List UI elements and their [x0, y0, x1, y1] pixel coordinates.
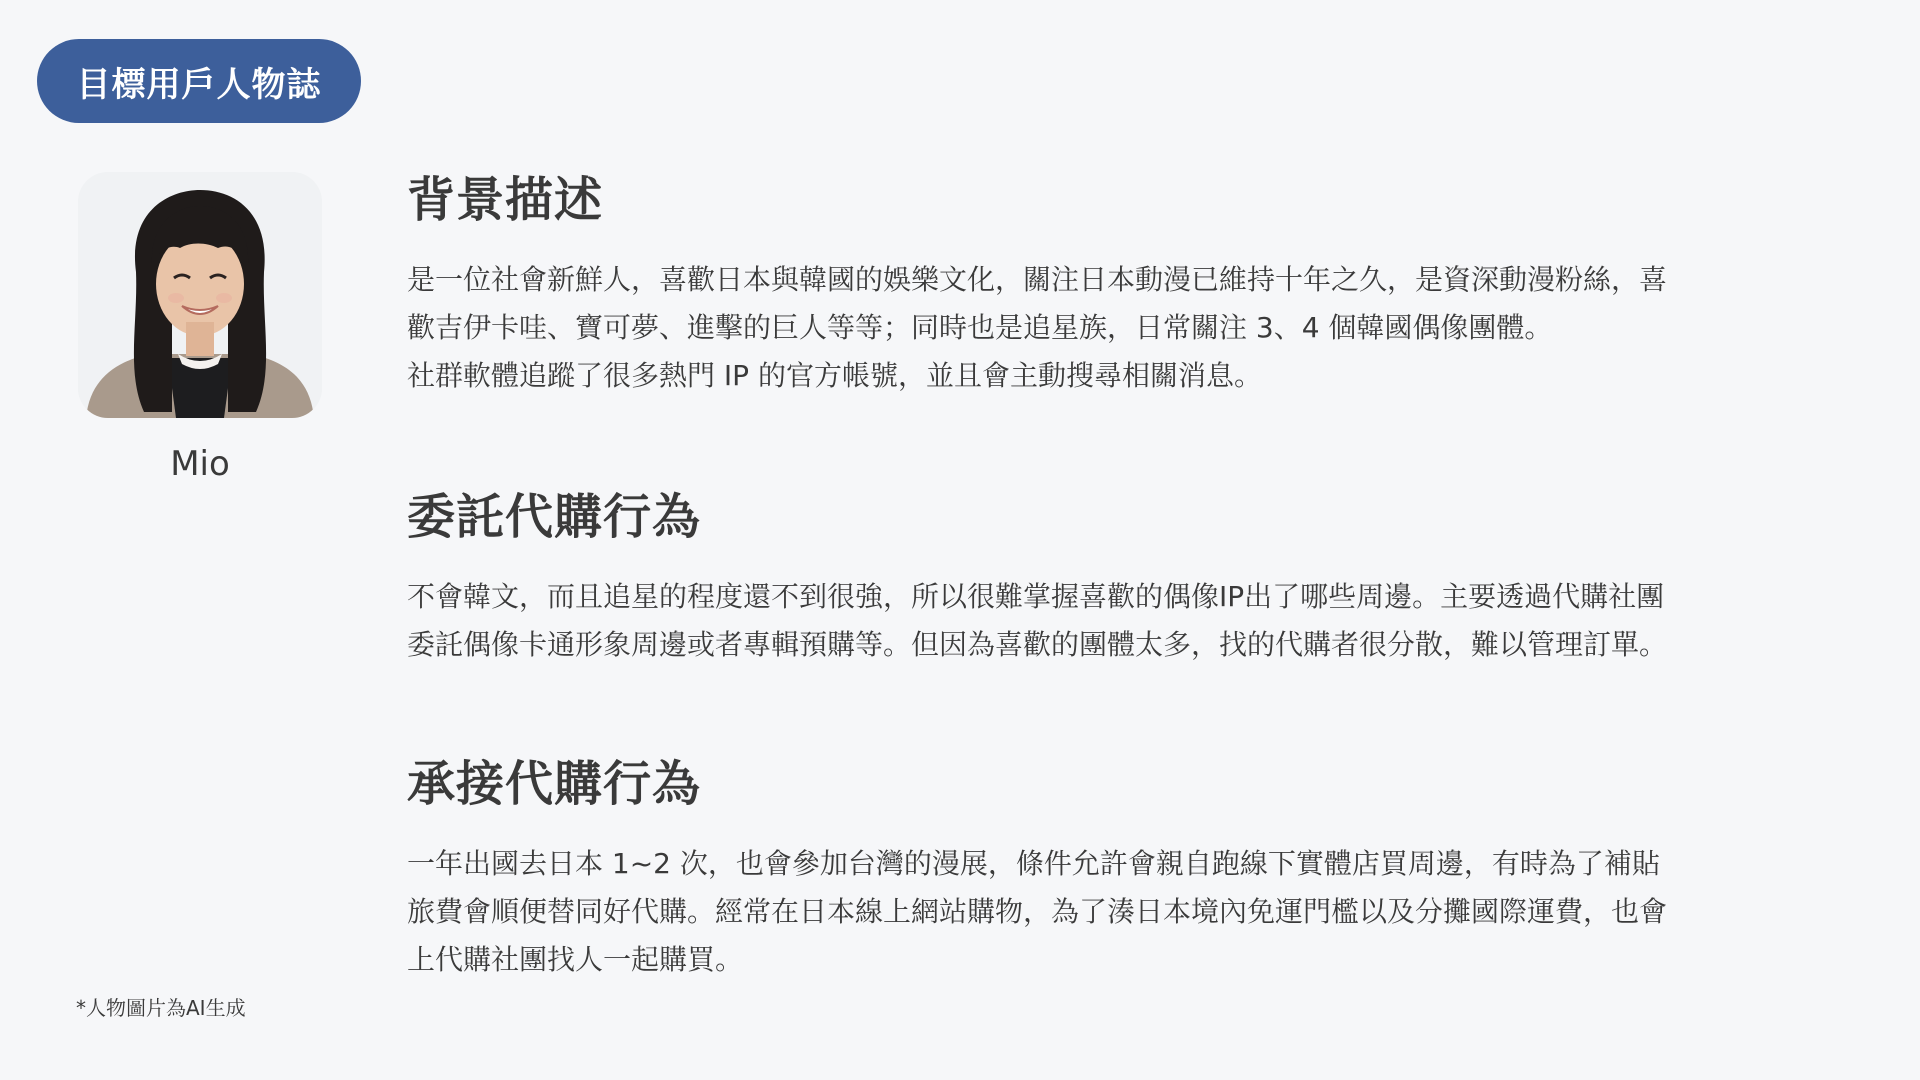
persona-portrait	[78, 172, 322, 418]
body-line: 旅費會順便替同好代購。經常在日本線上網站購物，為了湊日本境內免運門檻以及分攤國際…	[407, 888, 1857, 936]
section-commission-behavior: 委託代購行為 不會韓文，而且追星的程度還不到很強，所以很難掌握喜歡的偶像IP出了…	[407, 487, 1857, 669]
portrait-photo-icon	[78, 172, 322, 418]
body-line: 上代購社團找人一起購買。	[407, 936, 1857, 984]
section-undertake-behavior: 承接代購行為 一年出國去日本 1~2 次，也會參加台灣的漫展，條件允許會親自跑線…	[407, 754, 1857, 984]
section-body: 一年出國去日本 1~2 次，也會參加台灣的漫展，條件允許會親自跑線下實體店買周邊…	[407, 840, 1857, 984]
body-line: 一年出國去日本 1~2 次，也會參加台灣的漫展，條件允許會親自跑線下實體店買周邊…	[407, 840, 1857, 888]
section-heading: 承接代購行為	[407, 754, 1857, 814]
section-heading: 委託代購行為	[407, 487, 1857, 547]
body-line: 社群軟體追蹤了很多熱門 IP 的官方帳號，並且會主動搜尋相關消息。	[407, 352, 1857, 400]
body-line: 歡吉伊卡哇、寶可夢、進擊的巨人等等；同時也是追星族，日常關注 3、4 個韓國偶像…	[407, 304, 1857, 352]
section-heading: 背景描述	[407, 170, 1857, 230]
persona-page: 目標用戶人物誌 Mio *人物圖片為AI生成	[0, 0, 1920, 1080]
section-body: 不會韓文，而且追星的程度還不到很強，所以很難掌握喜歡的偶像IP出了哪些周邊。主要…	[407, 573, 1857, 669]
section-background: 背景描述 是一位社會新鮮人，喜歡日本與韓國的娛樂文化，關注日本動漫已維持十年之久…	[407, 170, 1857, 400]
page-title-badge: 目標用戶人物誌	[37, 39, 361, 123]
section-body: 是一位社會新鮮人，喜歡日本與韓國的娛樂文化，關注日本動漫已維持十年之久，是資深動…	[407, 256, 1857, 400]
ai-image-footnote: *人物圖片為AI生成	[76, 992, 246, 1021]
body-line: 是一位社會新鮮人，喜歡日本與韓國的娛樂文化，關注日本動漫已維持十年之久，是資深動…	[407, 256, 1857, 304]
body-line: 不會韓文，而且追星的程度還不到很強，所以很難掌握喜歡的偶像IP出了哪些周邊。主要…	[407, 573, 1857, 621]
page-title: 目標用戶人物誌	[77, 57, 322, 106]
persona-name: Mio	[78, 444, 322, 484]
body-line: 委託偶像卡通形象周邊或者專輯預購等。但因為喜歡的團體太多，找的代購者很分散，難以…	[407, 621, 1857, 669]
